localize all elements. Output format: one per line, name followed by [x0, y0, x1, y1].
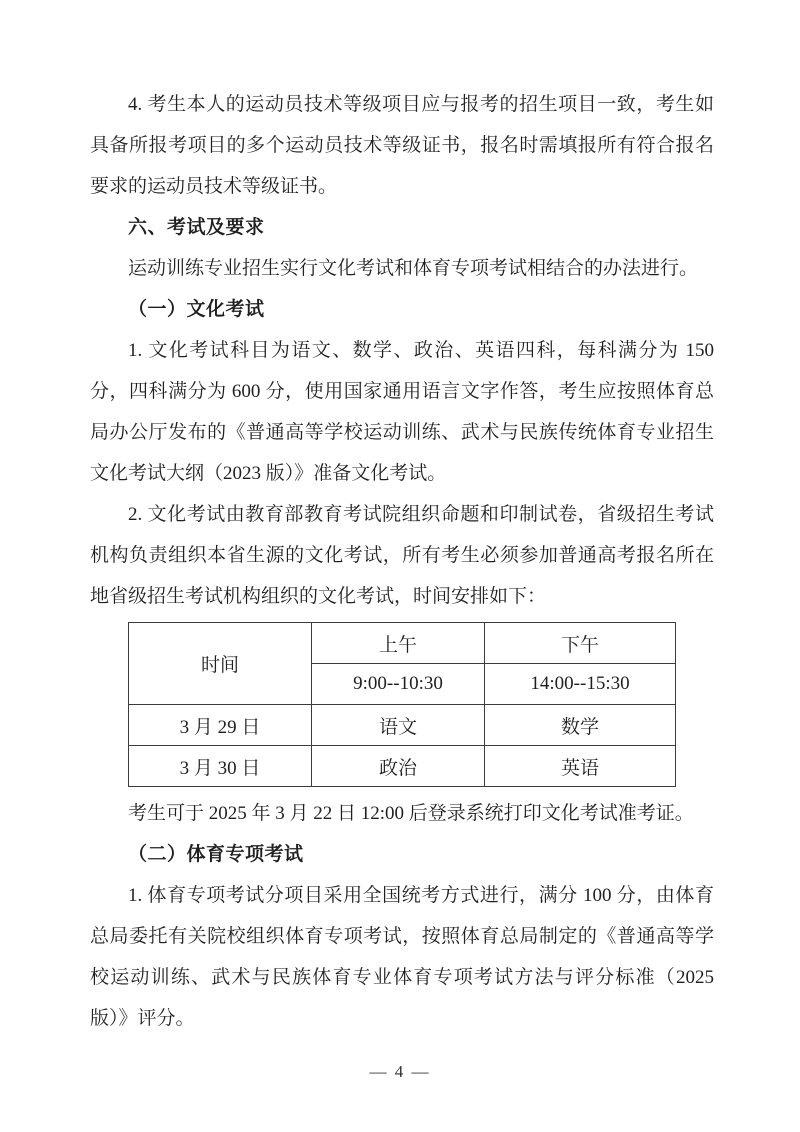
table-header-row-1: 时间 上午 下午 — [129, 623, 676, 664]
table-morning-time: 9:00--10:30 — [312, 664, 485, 705]
table-header-time: 时间 — [129, 623, 312, 705]
page-number: — 4 — — [0, 1062, 800, 1082]
subsection-heading-culture-exam: （一）文化考试 — [90, 289, 714, 330]
table-header-morning: 上午 — [312, 623, 485, 664]
table-afternoon-time: 14:00--15:30 — [485, 664, 676, 705]
paragraph-print-admission-ticket: 考生可于 2025 年 3 月 22 日 12:00 后登录系统打印文化考试准考… — [90, 793, 714, 834]
document-content: 4. 考生本人的运动员技术等级项目应与报考的招生项目一致，考生如具备所报考项目的… — [90, 84, 714, 1039]
paragraph-sport-exam-details: 1. 体育专项考试分项目采用全国统考方式进行，满分 100 分，由体育总局委托有… — [90, 875, 714, 1039]
section-heading-exams-and-requirements: 六、考试及要求 — [90, 207, 714, 248]
table-row: 3 月 29 日 语文 数学 — [129, 705, 676, 746]
table-cell-date: 3 月 29 日 — [129, 705, 312, 746]
paragraph-culture-exam-organization: 2. 文化考试由教育部教育考试院组织命题和印制试卷，省级招生考试机构负责组织本省… — [90, 494, 714, 617]
paragraph-culture-exam-subjects: 1. 文化考试科目为语文、数学、政治、英语四科，每科满分为 150 分，四科满分… — [90, 330, 714, 494]
paragraph-exam-method-overview: 运动训练专业招生实行文化考试和体育专项考试相结合的办法进行。 — [90, 248, 714, 289]
paragraph-athlete-grade-requirement: 4. 考生本人的运动员技术等级项目应与报考的招生项目一致，考生如具备所报考项目的… — [90, 84, 714, 207]
table-cell-afternoon-subject: 英语 — [485, 746, 676, 787]
subsection-heading-sport-exam: （二）体育专项考试 — [90, 834, 714, 875]
table-cell-morning-subject: 政治 — [312, 746, 485, 787]
table-header-afternoon: 下午 — [485, 623, 676, 664]
exam-schedule-table: 时间 上午 下午 9:00--10:30 14:00--15:30 3 月 29… — [128, 622, 676, 787]
table-cell-date: 3 月 30 日 — [129, 746, 312, 787]
document-page: 4. 考生本人的运动员技术等级项目应与报考的招生项目一致，考生如具备所报考项目的… — [0, 0, 800, 1132]
table-row: 3 月 30 日 政治 英语 — [129, 746, 676, 787]
table-cell-morning-subject: 语文 — [312, 705, 485, 746]
table-cell-afternoon-subject: 数学 — [485, 705, 676, 746]
